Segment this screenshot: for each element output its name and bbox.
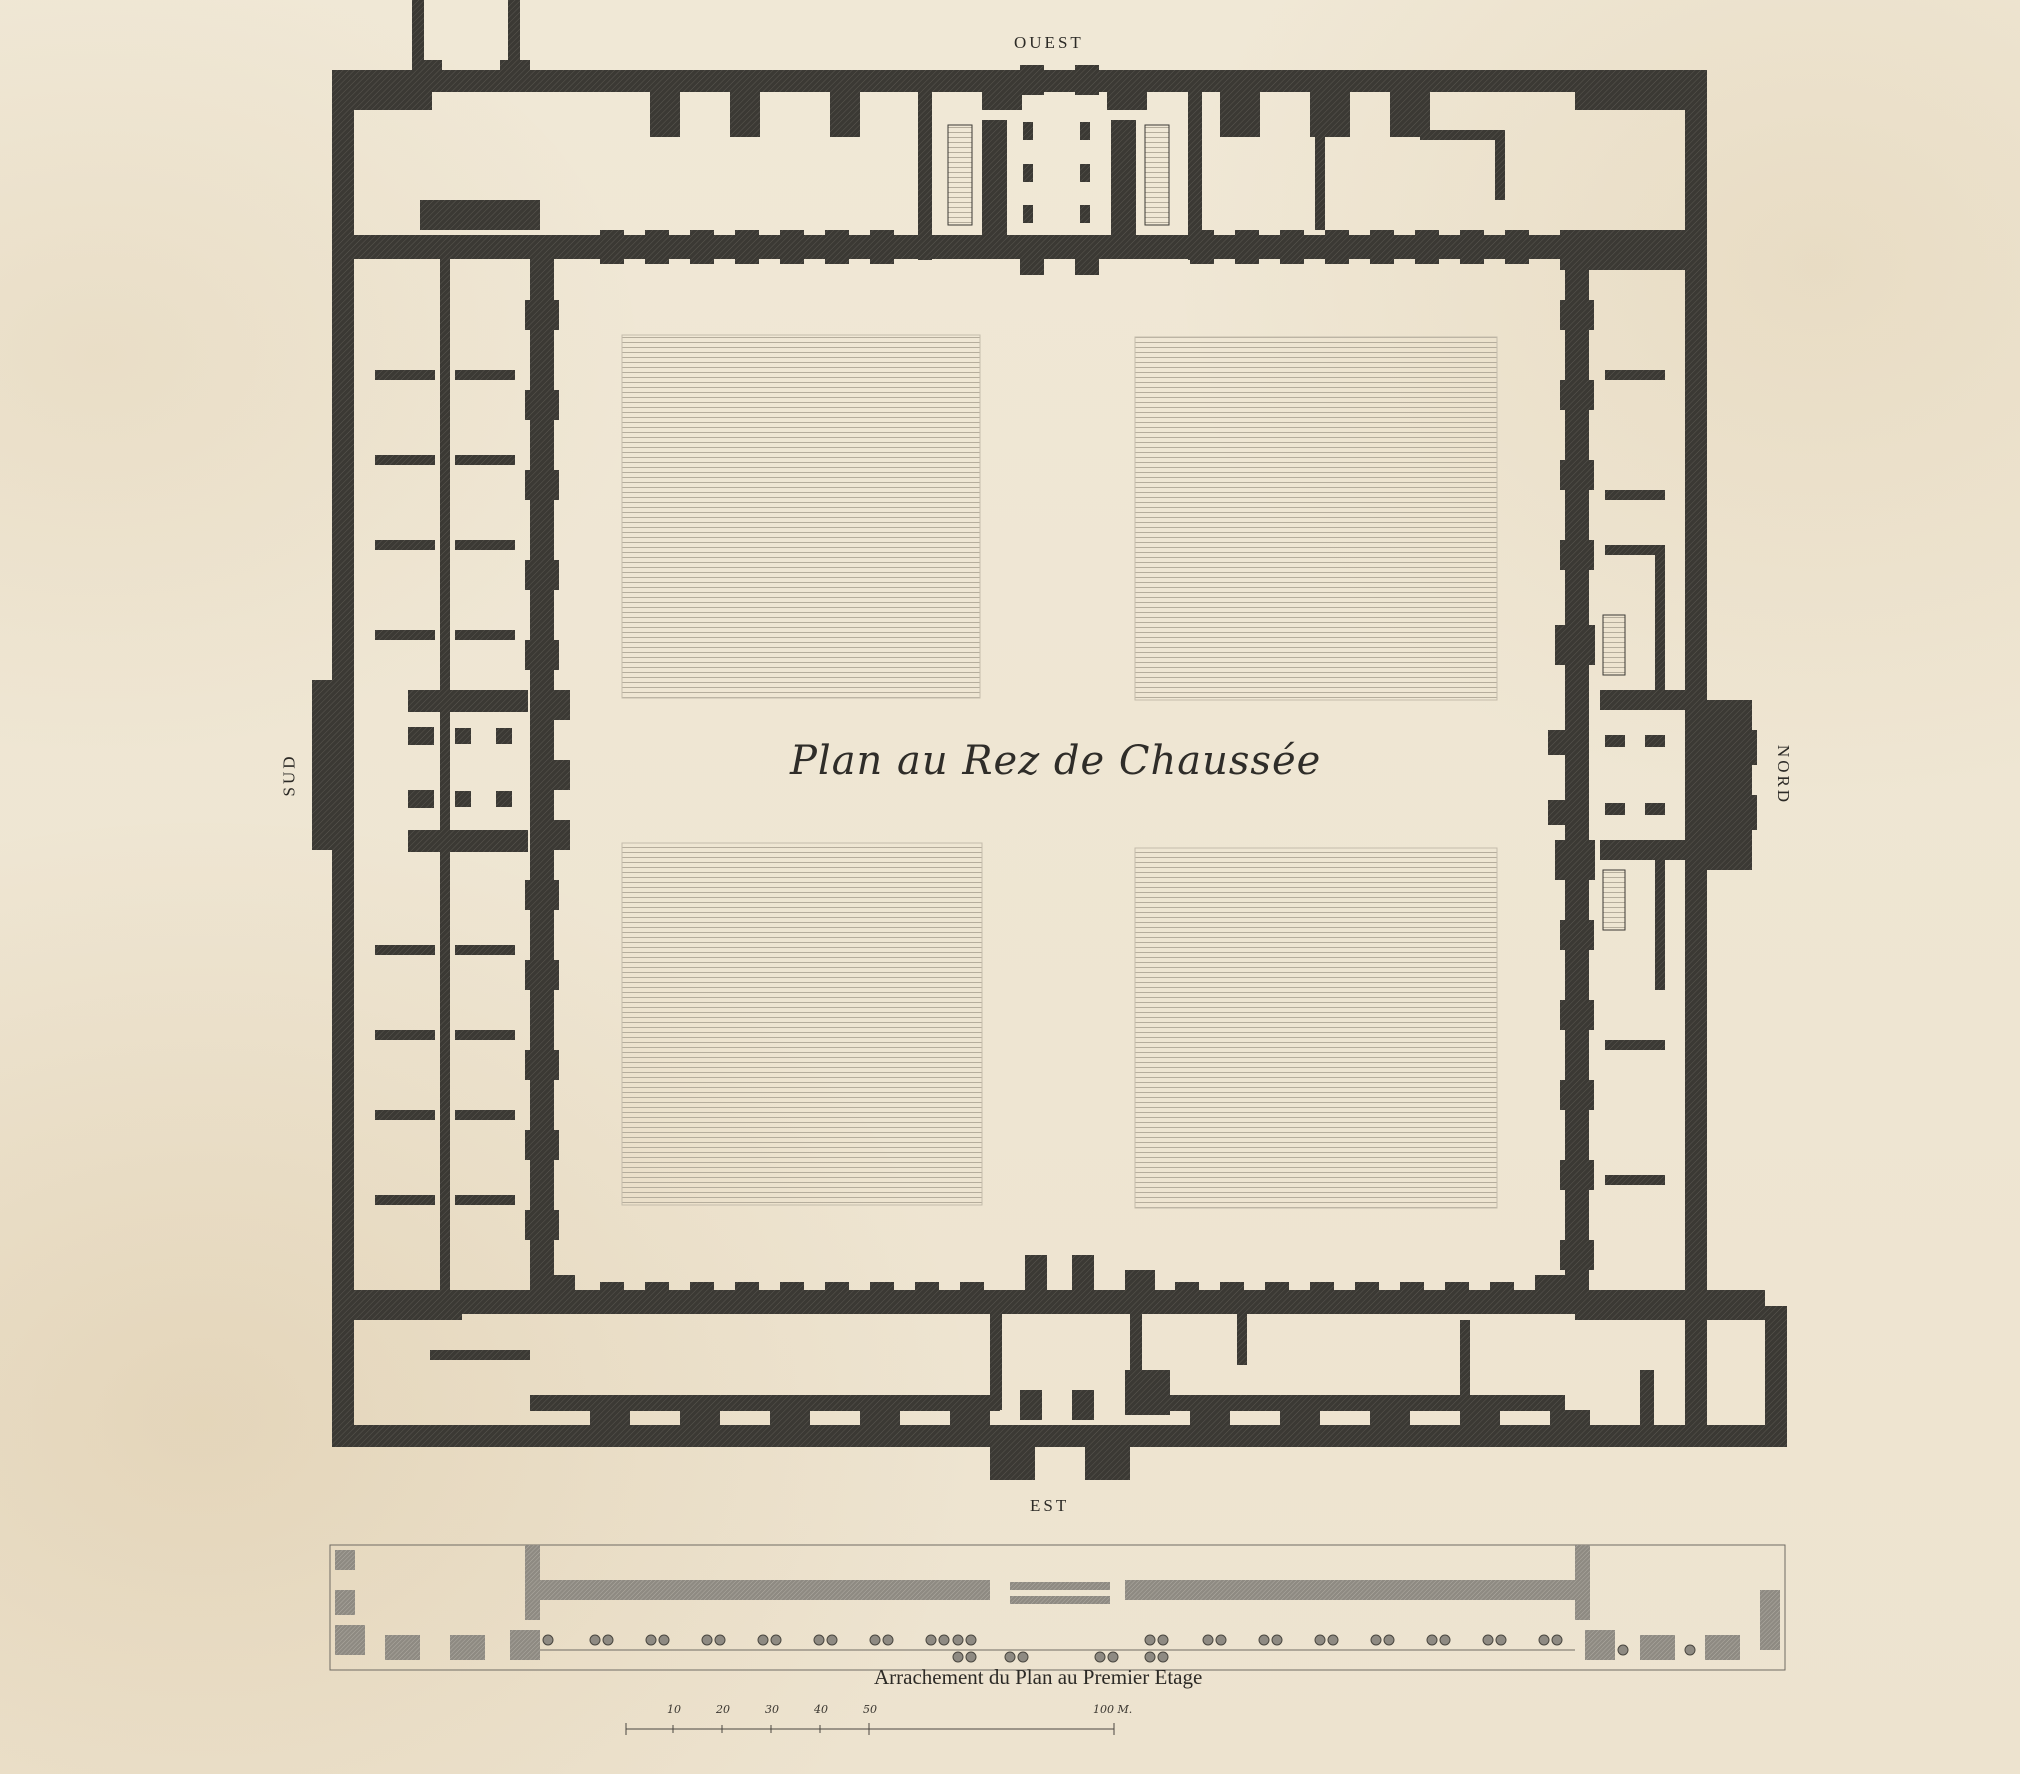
- scale-tick-label: 30: [765, 1703, 779, 1716]
- south-entrance-hall: [408, 690, 528, 852]
- orientation-east-label: EST: [1030, 1496, 1069, 1516]
- scale-tick-label: 50: [863, 1703, 877, 1716]
- orientation-south-label: SUD: [280, 753, 300, 796]
- scale-tick-label: 40: [814, 1703, 828, 1716]
- scale-tick-label: 10: [667, 1703, 681, 1716]
- north-staircases: [1603, 615, 1625, 930]
- garden-northwest: [622, 335, 980, 698]
- garden-southeast: [1135, 848, 1497, 1208]
- scale-bar: [626, 1723, 1114, 1735]
- inset-caption: Arrachement du Plan au Premier Etage: [874, 1665, 1202, 1690]
- scale-tick-label: 100 M.: [1093, 1703, 1132, 1716]
- garden-southwest: [622, 843, 982, 1205]
- top-outer-piers: [650, 92, 1505, 230]
- first-floor-inset: [330, 1545, 1785, 1670]
- orientation-north-label: NORD: [1773, 745, 1793, 805]
- floor-plan-drawing: [0, 0, 2020, 1774]
- orientation-west-label: OUEST: [1014, 33, 1084, 53]
- plan-title: Plan au Rez de Chaussée: [790, 738, 1321, 784]
- garden-northeast: [1135, 337, 1497, 700]
- bottom-wing-walls: [530, 1300, 1565, 1480]
- right-wing-cross-walls: [1600, 370, 1690, 1185]
- scale-tick-label: 20: [716, 1703, 730, 1716]
